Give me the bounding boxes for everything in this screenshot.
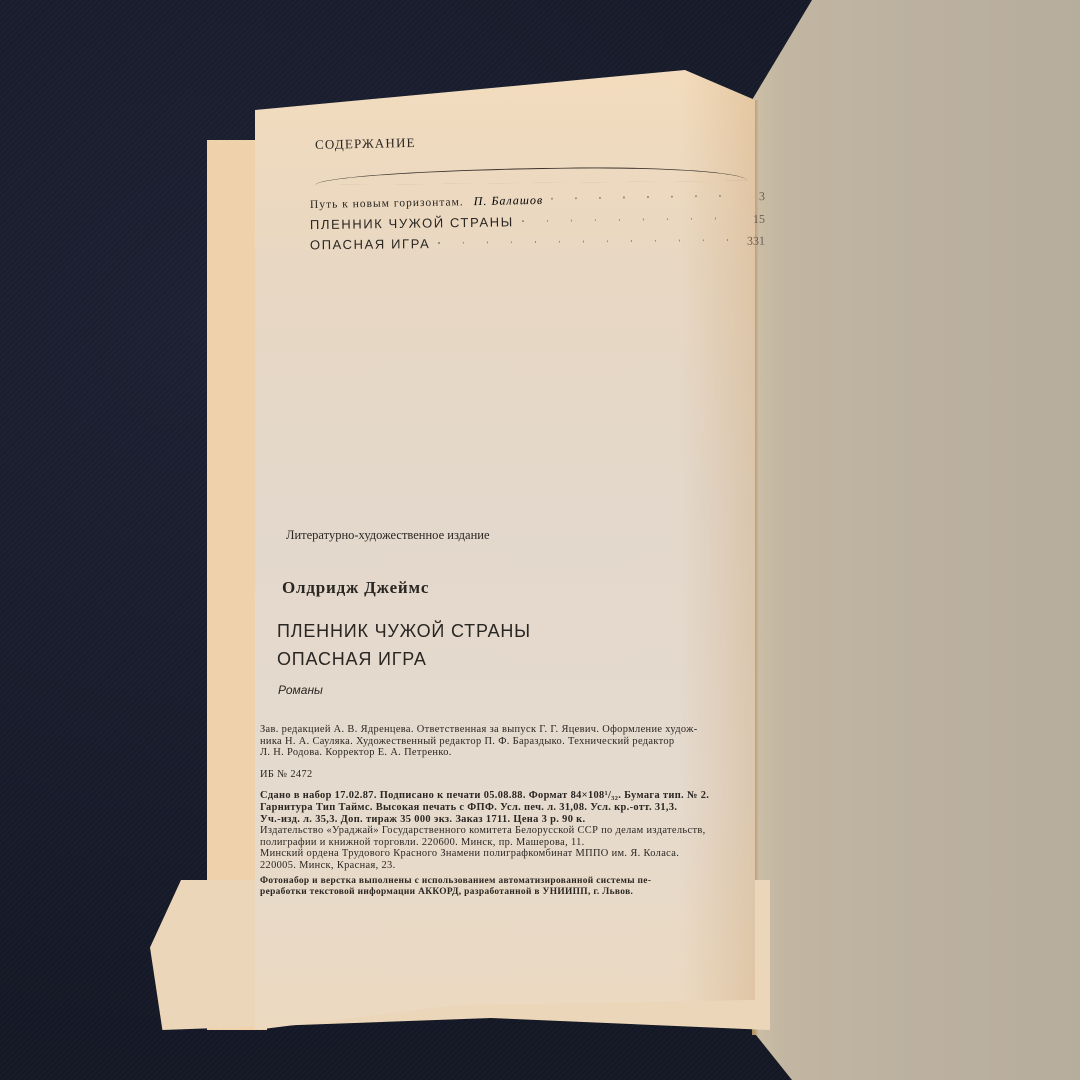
toc-entry-page: 3 <box>741 189 765 204</box>
right-blank-page <box>752 0 1080 1080</box>
genre-label: Романы <box>278 683 323 697</box>
credits-line: Зав. редакцией А. В. Ядренцева. Ответств… <box>260 724 760 736</box>
toc-entry-title: ОПАСНАЯ ИГРА <box>310 236 430 252</box>
ib-number: ИБ № 2472 <box>260 769 760 781</box>
book-title-1: ПЛЕННИК ЧУЖОЙ СТРАНЫ <box>277 621 531 642</box>
typesetting-line: Фотонабор и верстка выполнены с использо… <box>260 876 760 888</box>
leader-dots <box>551 195 733 200</box>
credits-line: ника Н. А. Сауляка. Художественный редак… <box>260 736 760 748</box>
edition-type: Литературно-художественное издание <box>286 528 490 543</box>
author-name: Олдридж Джеймс <box>282 578 429 598</box>
imprint-block: Зав. редакцией А. В. Ядренцева. Ответств… <box>260 724 760 899</box>
production-line: Минский ордена Трудового Красного Знамен… <box>260 848 760 860</box>
toc-entry-title: Путь к новым горизонтам. <box>310 196 464 211</box>
toc-entry-page: 15 <box>741 212 765 227</box>
toc-entry-title: ПЛЕННИК ЧУЖОЙ СТРАНЫ <box>310 214 514 232</box>
production-line: 220005. Минск, Красная, 23. <box>260 860 760 872</box>
book-title-2: ОПАСНАЯ ИГРА <box>277 649 427 670</box>
table-of-contents: Путь к новым горизонтам. П. Балашов 3 ПЛ… <box>310 193 765 256</box>
typesetting-line: реработки текстовой информации АККОРД, р… <box>260 887 760 899</box>
toc-entry: ОПАСНАЯ ИГРА 331 <box>310 233 765 259</box>
production-line: Издательство «Ураджай» Государственного … <box>260 825 760 837</box>
photo-scene: СОДЕРЖАНИЕ Путь к новым горизонтам. П. Б… <box>0 0 1080 1080</box>
production-line: полиграфии и книжной торговли. 220600. М… <box>260 837 760 849</box>
leader-dots <box>522 217 733 222</box>
production-line: Уч.-изд. л. 35,3. Доп. тираж 35 000 экз.… <box>260 814 760 826</box>
credits-line: Л. Н. Родова. Корректор Е. А. Петренко. <box>260 747 760 759</box>
production-line: Гарнитура Тип Таймс. Высокая печать с ФП… <box>260 802 760 814</box>
leader-dots <box>438 239 733 244</box>
toc-entry-page: 331 <box>741 234 765 249</box>
production-line: Сдано в набор 17.02.87. Подписано к печа… <box>260 790 760 802</box>
toc-entry-author: П. Балашов <box>474 193 544 209</box>
toc-heading: СОДЕРЖАНИЕ <box>315 135 416 153</box>
